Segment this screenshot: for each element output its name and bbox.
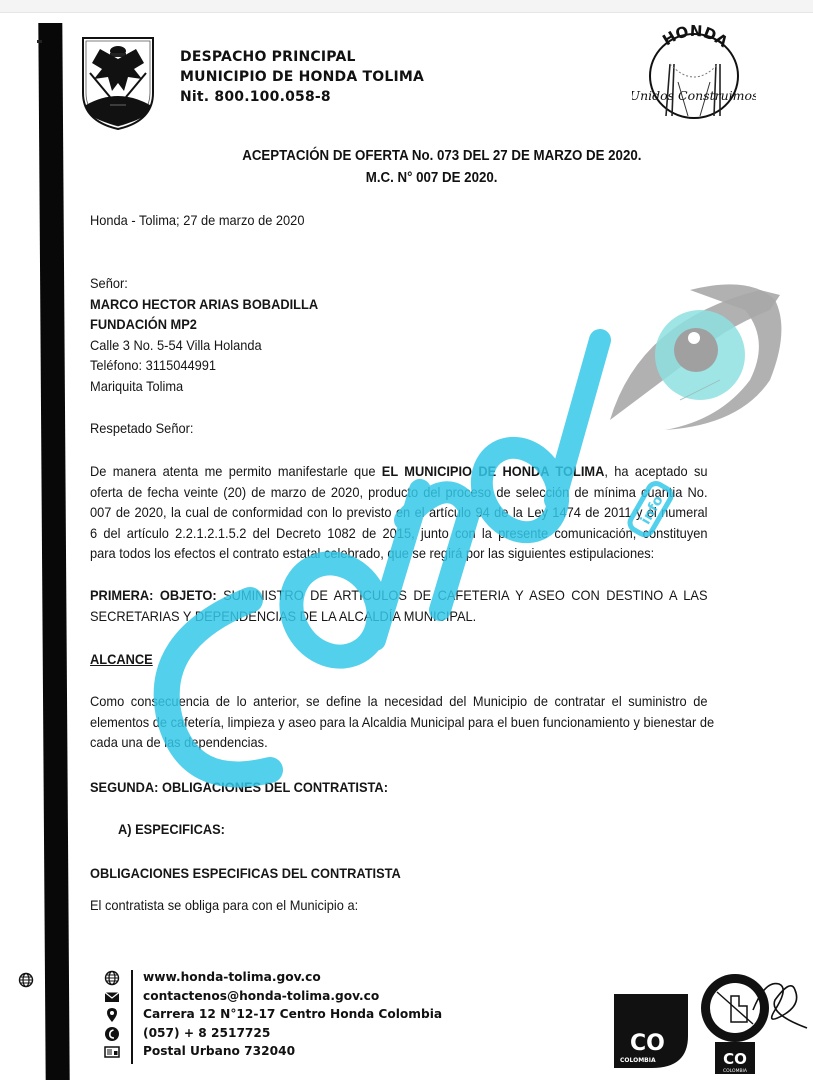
recipient-name: MARCO HECTOR ARIAS BOBADILLA	[90, 297, 318, 312]
signature-icon	[745, 970, 813, 1040]
letterhead-municipality: MUNICIPIO DE HONDA TOLIMA	[180, 67, 424, 87]
intro-line-2: oferta de fecha veinte (20) de marzo de …	[90, 483, 708, 504]
recipient-address: Calle 3 No. 5-54 Villa Holanda	[90, 338, 262, 353]
place-date: Honda - Tolima; 27 de marzo de 2020	[90, 213, 304, 228]
footer-contact: www.honda-tolima.gov.co contactenos@hond…	[143, 968, 442, 1061]
primera-line-1: PRIMERA: OBJETO: SUMINISTRO DE ARTICULOS…	[90, 586, 708, 607]
svg-text:COLOMBIA: COLOMBIA	[620, 1057, 656, 1064]
co-colombia-logo-icon: CO COLOMBIA	[612, 990, 690, 1070]
scan-mark	[37, 40, 42, 43]
primera-line-2: SECRETARIAS Y DEPENDENCIAS DE LA ALCALDÍ…	[90, 607, 708, 628]
alcance-line-3: cada una de las dependencias.	[90, 733, 708, 754]
svg-text:CO: CO	[723, 1050, 747, 1068]
footer-divider	[131, 970, 133, 1064]
phone-icon	[104, 1026, 120, 1042]
intro-line-1: De manera atenta me permito manifestarle…	[90, 462, 708, 483]
globe-icon	[18, 972, 34, 988]
intro-paragraph: De manera atenta me permito manifestarle…	[90, 462, 708, 565]
municipal-crest-icon	[80, 35, 156, 131]
alcance-line-1: Como consecuencia de lo anterior, se def…	[90, 692, 708, 713]
globe-icon	[104, 970, 120, 986]
top-strip	[0, 0, 813, 13]
honda-unidos-construimos-logo-icon: HONDA Unidos Construimos	[632, 20, 756, 122]
recipient-salutation: Señor:	[90, 276, 128, 291]
recipient-phone: Teléfono: 3115044991	[90, 358, 216, 373]
greeting: Respetado Señor:	[90, 421, 193, 436]
municipality-emphasis: EL MUNICIPIO DE HONDA TOLIMA	[382, 464, 605, 479]
location-pin-icon	[104, 1007, 120, 1023]
footer-website[interactable]: www.honda-tolima.gov.co	[143, 968, 442, 987]
obligaciones-intro: El contratista se obliga para con el Mun…	[90, 898, 358, 913]
svg-text:Unidos Construimos: Unidos Construimos	[632, 88, 756, 103]
primera-label: PRIMERA: OBJETO:	[90, 588, 217, 603]
recipient-organization: FUNDACIÓN MP2	[90, 317, 197, 332]
intro-line-5: para todos los efectos el contrato estat…	[90, 544, 708, 565]
intro-line-4: 6 del artículo 2.2.1.2.1.5.2 del Decreto…	[90, 524, 708, 545]
eye-logo-icon	[610, 284, 781, 430]
document-subtitle: M.C. N° 007 DE 2020.	[28, 170, 784, 186]
especificas-subheading: A) ESPECIFICAS:	[118, 822, 225, 837]
footer-postal: Postal Urbano 732040	[143, 1042, 442, 1061]
recipient-city: Mariquita Tolima	[90, 379, 183, 394]
footer-icon-column	[104, 970, 122, 1063]
document-title: ACEPTACIÓN DE OFERTA No. 073 DEL 27 DE M…	[28, 148, 784, 164]
footer-email[interactable]: contactenos@honda-tolima.gov.co	[143, 987, 442, 1006]
alcance-line-2: elementos de cafetería, limpieza y aseo …	[90, 713, 708, 734]
svg-text:HONDA: HONDA	[659, 22, 731, 51]
postal-card-icon	[104, 1044, 120, 1060]
segunda-heading: SEGUNDA: OBLIGACIONES DEL CONTRATISTA:	[90, 780, 388, 795]
obligaciones-heading: OBLIGACIONES ESPECIFICAS DEL CONTRATISTA	[90, 866, 401, 881]
svg-text:COLOMBIA: COLOMBIA	[723, 1068, 748, 1074]
alcance-heading: ALCANCE	[90, 652, 153, 667]
alcance-paragraph: Como consecuencia de lo anterior, se def…	[90, 692, 708, 754]
footer-phone: (057) + 8 2517725	[143, 1024, 442, 1043]
letterhead-nit: Nit. 800.100.058-8	[180, 87, 424, 107]
svg-text:CO: CO	[630, 1031, 665, 1056]
clause-primera: PRIMERA: OBJETO: SUMINISTRO DE ARTICULOS…	[90, 586, 708, 627]
letterhead: DESPACHO PRINCIPAL MUNICIPIO DE HONDA TO…	[180, 47, 424, 107]
intro-line-3: 007 de 2020, la cual de conformidad con …	[90, 503, 708, 524]
letterhead-office: DESPACHO PRINCIPAL	[180, 47, 424, 67]
envelope-icon	[104, 989, 120, 1005]
footer-address: Carrera 12 N°12-17 Centro Honda Colombia	[143, 1005, 442, 1024]
